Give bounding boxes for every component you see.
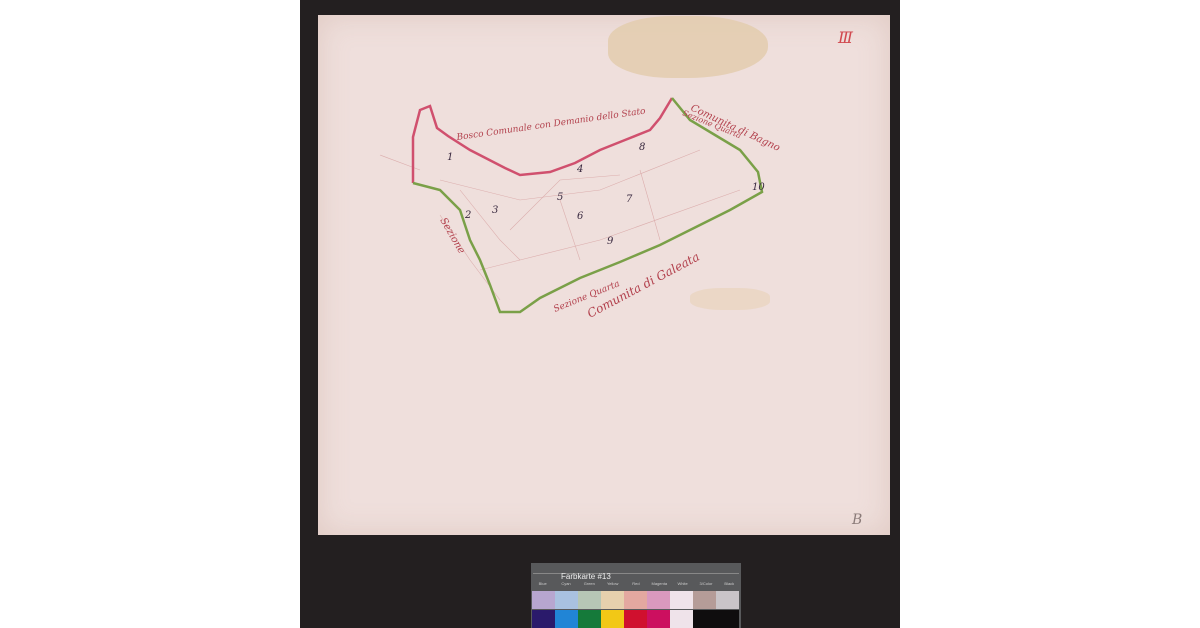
svg-text:9: 9 xyxy=(607,236,614,247)
svg-text:Sezione: Sezione xyxy=(437,216,466,256)
svg-text:2: 2 xyxy=(464,210,471,221)
color-swatch xyxy=(670,610,693,628)
color-swatch xyxy=(578,591,601,609)
color-swatch xyxy=(532,591,555,609)
svg-text:6: 6 xyxy=(577,211,584,222)
color-swatch xyxy=(624,610,647,628)
color-swatch xyxy=(693,610,716,628)
svg-text:8: 8 xyxy=(639,142,645,153)
svg-text:3: 3 xyxy=(492,205,498,216)
swatch-labels: BlueCyanGreen YellowRedMagenta White3/Co… xyxy=(531,581,741,586)
light-swatches xyxy=(532,591,739,609)
color-swatch xyxy=(555,591,578,609)
color-swatch xyxy=(578,610,601,628)
dark-swatches xyxy=(532,610,739,628)
color-swatch xyxy=(693,591,716,609)
color-swatch xyxy=(716,610,739,628)
color-swatch xyxy=(670,591,693,609)
color-calibration-card: Farbkarte #13 BlueCyanGreen YellowRedMag… xyxy=(531,563,741,628)
color-swatch xyxy=(624,591,647,609)
color-swatch xyxy=(532,610,555,628)
svg-text:10: 10 xyxy=(752,182,765,193)
color-swatch xyxy=(647,610,670,628)
color-swatch xyxy=(601,591,624,609)
svg-text:4: 4 xyxy=(576,164,583,175)
svg-text:5: 5 xyxy=(557,192,563,203)
card-title: Farbkarte #13 xyxy=(561,572,611,581)
svg-text:Bosco Comunale con Demanio del: Bosco Comunale con Demanio dello Stato xyxy=(455,106,647,143)
color-swatch xyxy=(647,591,670,609)
color-swatch xyxy=(601,610,624,628)
color-swatch xyxy=(555,610,578,628)
svg-text:7: 7 xyxy=(626,194,633,205)
map-drawing: 1 2 3 4 5 6 7 8 9 10 Bosco Comunale con … xyxy=(0,0,1200,628)
south-boundary xyxy=(413,98,762,312)
color-swatch xyxy=(716,591,739,609)
svg-text:1: 1 xyxy=(447,152,453,163)
